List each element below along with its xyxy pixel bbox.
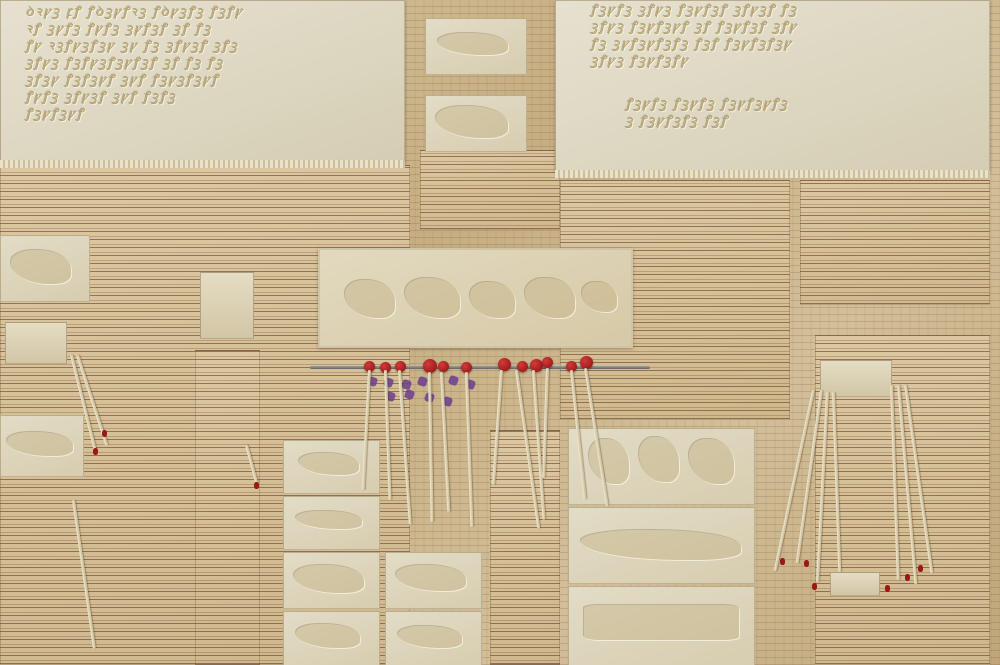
relief-shape bbox=[7, 432, 73, 456]
relief-column-middle bbox=[568, 507, 755, 584]
string-red-tip bbox=[804, 560, 809, 567]
relief-shape bbox=[296, 511, 362, 529]
vellum-panel-top-right: ꝭꝫꝩꝭꝫ ꝫꝭꝩꝫ ꝭꝫꝩꝭꝫꝭ ꝫꝭꝩꝫꝭ ꝭꝫ ꝫꝭꝩꝫ ꝭꝫꝩꝭꝫꝩꝭ … bbox=[555, 0, 990, 172]
fringe-top-left bbox=[0, 160, 405, 168]
fringe-top-right bbox=[555, 170, 990, 178]
relief-bottom-a2 bbox=[283, 496, 380, 550]
relief-shape bbox=[689, 439, 734, 484]
relief-left-upper bbox=[0, 235, 90, 302]
relief-shape bbox=[398, 626, 462, 648]
paper-tab-left bbox=[5, 322, 67, 364]
relief-left-middle bbox=[0, 415, 84, 477]
embossed-script-top-right: ꝭꝫꝩꝭꝫ ꝫꝭꝩꝫ ꝭꝫꝩꝭꝫꝭ ꝫꝭꝩꝫꝭ ꝭꝫ ꝫꝭꝩꝫ ꝭꝫꝩꝭꝫꝩꝭ … bbox=[591, 1, 798, 69]
string-red-tip bbox=[918, 565, 923, 572]
relief-small-top-1 bbox=[425, 18, 527, 75]
relief-shape bbox=[581, 530, 741, 560]
relief-shape bbox=[296, 624, 360, 648]
script-sheet-narrow-center bbox=[490, 430, 560, 665]
relief-bottom-b2 bbox=[385, 611, 482, 665]
relief-figure-2 bbox=[405, 278, 460, 318]
script-sheet-far-right bbox=[800, 180, 990, 305]
relief-shape bbox=[639, 437, 679, 482]
relief-bottom-a4 bbox=[283, 611, 380, 665]
string-red-tip bbox=[885, 585, 890, 592]
relief-shape bbox=[436, 106, 508, 138]
paper-tab-right-top bbox=[820, 360, 892, 397]
vellum-panel-top-left: ꝺꝛꝩꝫ ꝼꝭ ꝭꝺꝫꝩꝭꝛꝫ ꝭꝺꝩꝫꝭꝫ ꝭꝫꝭꝩ ꝛꝭ ꝫꝩꝭꝫ ꝭꝩꝭꝫ… bbox=[0, 0, 405, 162]
relief-bottom-a3 bbox=[283, 552, 380, 609]
pressed-flower bbox=[417, 376, 429, 388]
string-red-tip bbox=[812, 583, 817, 590]
relief-column-bottom bbox=[568, 586, 755, 665]
center-framed-relief bbox=[318, 248, 633, 348]
relief-shape bbox=[299, 453, 359, 475]
wax-seal bbox=[438, 361, 449, 372]
relief-shape bbox=[589, 439, 629, 484]
hanging-string bbox=[465, 372, 473, 527]
string-red-tip bbox=[93, 448, 98, 455]
script-sheet-narrow-left bbox=[195, 350, 260, 665]
relief-figure-3 bbox=[470, 282, 515, 318]
pressed-flower bbox=[448, 375, 460, 387]
metal-rod bbox=[310, 366, 650, 369]
string-red-tip bbox=[905, 574, 910, 581]
string-red-tip bbox=[102, 430, 107, 437]
paper-tab-center-left bbox=[200, 272, 254, 339]
relief-figure-5 bbox=[582, 282, 617, 312]
string-red-tip bbox=[254, 482, 259, 489]
wax-seal bbox=[542, 357, 553, 368]
relief-figure-4 bbox=[525, 278, 575, 318]
embossed-script-top-left: ꝺꝛꝩꝫ ꝼꝭ ꝭꝺꝫꝩꝭꝛꝫ ꝭꝺꝩꝫꝭꝫ ꝭꝫꝭꝩ ꝛꝭ ꝫꝩꝭꝫ ꝭꝩꝭꝫ… bbox=[26, 3, 244, 122]
relief-figure-1 bbox=[345, 280, 395, 318]
relief-shape bbox=[294, 565, 364, 593]
string-red-tip bbox=[780, 558, 785, 565]
hanging-string bbox=[440, 372, 450, 512]
paper-tab-right-bottom bbox=[830, 572, 880, 596]
relief-shape bbox=[11, 250, 71, 284]
relief-shape bbox=[396, 565, 466, 591]
embossed-signature-block: ꝭꝫꝩꝭꝫ ꝭꝫꝩꝭꝫ ꝭꝫꝩꝭꝫꝩꝭꝫ ꝫ ꝭꝫꝩꝭꝫꝭꝫ ꝭꝫꝭ bbox=[626, 95, 789, 129]
relief-bottom-b1 bbox=[385, 552, 482, 609]
relief-shape bbox=[584, 605, 739, 640]
relief-shape bbox=[438, 33, 508, 55]
wax-seal bbox=[423, 359, 437, 373]
relief-small-top-2 bbox=[425, 95, 527, 152]
wax-seal bbox=[517, 361, 528, 372]
script-sheet-center-top bbox=[420, 150, 560, 230]
collage-photograph: Photograph of a mixed-media wall collage… bbox=[0, 0, 1000, 665]
